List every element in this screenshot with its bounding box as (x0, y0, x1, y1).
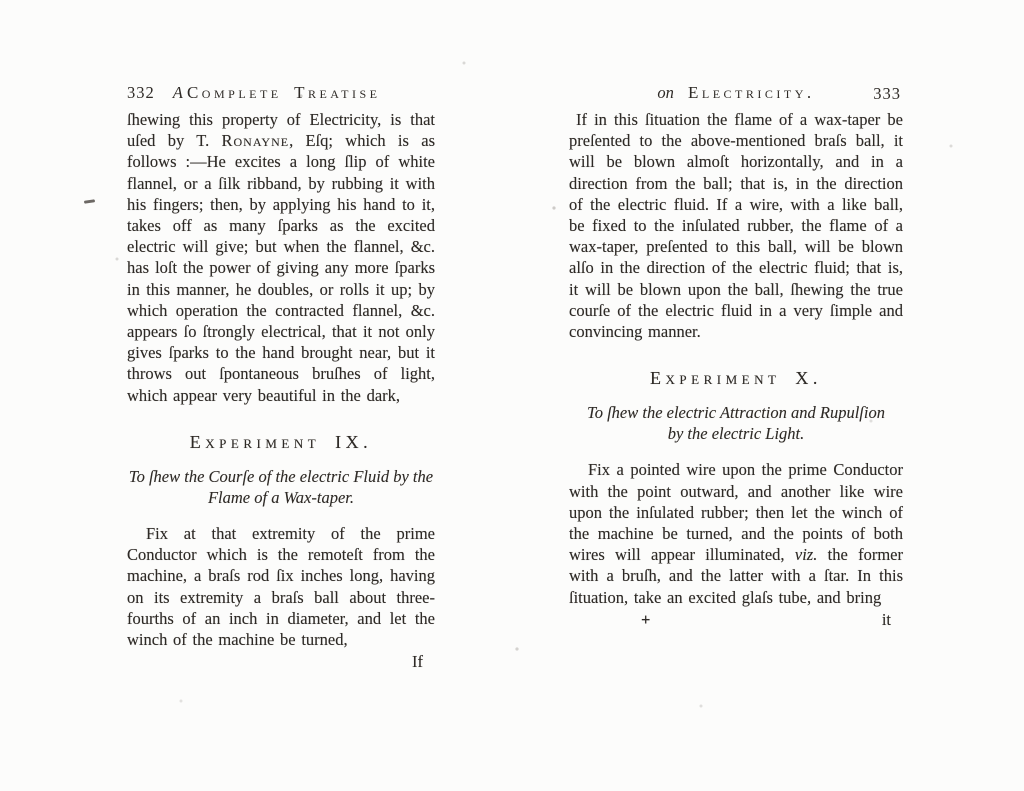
running-title-article: A (173, 83, 183, 102)
subtitle-line-1: To ſhew the electric Attraction and Rupu… (587, 403, 885, 422)
experiment-x-subtitle: To ſhew the electric Attraction and Rupu… (569, 402, 903, 444)
running-title-on: on (657, 83, 674, 102)
page-number-right: 333 (873, 83, 901, 104)
running-title-caps: Complete Treatise (187, 83, 381, 102)
person-name-smallcaps: Ronayne (222, 131, 290, 150)
paragraph-continuation: If in this ſituation the flame of a wax-… (569, 109, 903, 342)
paragraph-continuation: ſhewing this property of Electricity, is… (127, 109, 435, 406)
running-title-right: on Electricity. (657, 83, 814, 102)
experiment-ix-subtitle: To ſhew the Courſe of the electric Fluid… (127, 466, 435, 508)
catchword-row-right: + it (569, 609, 903, 630)
catchword-row-left: If (127, 651, 435, 672)
running-title-caps: Electricity. (688, 83, 815, 102)
viz-abbreviation: viz. (795, 545, 817, 564)
subtitle-line-1: To ſhew the Courſe of the electric Fluid… (129, 467, 433, 486)
subtitle-line-2: by the electric Light. (668, 424, 805, 443)
page-number-left: 332 (127, 82, 155, 103)
catchword-left: If (412, 651, 435, 672)
page-333: on Electricity. 333 If in this ſituation… (569, 82, 903, 630)
scan-specks (0, 0, 2, 2)
subtitle-line-2: Flame of a Wax-taper. (208, 488, 354, 507)
signature-cross-mark: + (641, 609, 649, 630)
running-title-left: A Complete Treatise (173, 82, 381, 103)
catchword-right: it (882, 609, 903, 630)
experiment-x-heading: Experiment X. (569, 368, 903, 389)
book-scan-spread: 332 A Complete Treatise ſhewing this pro… (0, 0, 1024, 791)
scan-artifact-dash (84, 199, 95, 204)
experiment-ix-heading: Experiment IX. (127, 432, 435, 453)
experiment-ix-paragraph: Fix at that extremity of the prime Condu… (127, 523, 435, 650)
running-head-left: 332 A Complete Treatise (127, 82, 435, 104)
running-head-right: on Electricity. 333 (569, 82, 903, 104)
experiment-x-paragraph: Fix a pointed wire upon the prime Conduc… (569, 459, 903, 607)
page-332: 332 A Complete Treatise ſhewing this pro… (127, 82, 435, 672)
paragraph-text: , Eſq; which is as follows :—He excites … (127, 131, 435, 404)
